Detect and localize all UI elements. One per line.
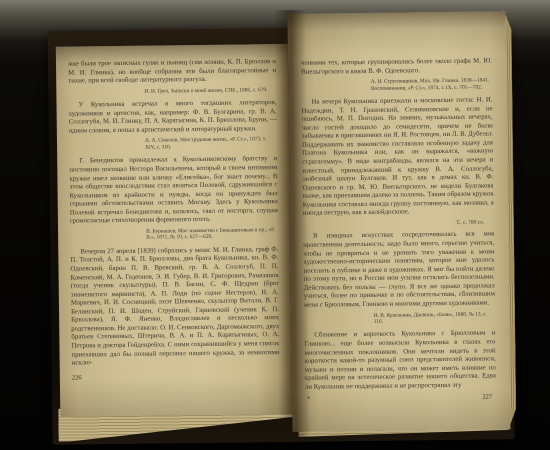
footnote-marker: *	[307, 396, 310, 403]
open-book: жке были трое записных гуляк и пьяниц (с…	[43, 1, 520, 449]
source-citation: А. А. Соколов, Моя трудовая жизнь, «Р. С…	[145, 137, 274, 152]
paragraph: Сближение и короткость Кукольника с Брюл…	[304, 330, 496, 392]
paragraph: Г. Бенедиктов принадлежал к Кукольниковс…	[69, 155, 278, 226]
paragraph: У Кукольника встречал я много тогдашних …	[68, 99, 276, 136]
source-citation: Н. И. Греч, Записки о моей жизни, СПБ., …	[144, 87, 273, 95]
page-number-left: 226	[72, 372, 280, 382]
page-number-right: 227	[482, 394, 492, 401]
page-footer: * 227	[305, 394, 496, 403]
source-citation: Н. В. Кукольник, Дневник, «Баян», 1888, …	[374, 311, 493, 325]
paragraph-continuation: жке были трое записных гуляк и пьяниц (с…	[68, 58, 276, 86]
source-citation: В. Бурнашев, Мое знакомство с Бенедиктов…	[146, 227, 275, 242]
paragraph: Вечером 27 апреля [1839] собрались у мен…	[70, 246, 279, 368]
source-citation: А. Н. Струговщиков, Мих. Ив. Глинка. 183…	[371, 78, 490, 92]
source-citation: Т., с. 700 сл.	[303, 220, 484, 229]
paragraph: На вечера Кукольника приезжали и московс…	[301, 97, 493, 219]
paragraph-continuation: чениями тех, которые группировались боле…	[301, 57, 492, 76]
right-page: чениями тех, которые группировались боле…	[287, 11, 510, 432]
left-page: жке были трое записных гуляк и пьяниц (с…	[56, 44, 293, 417]
photo-scene: жке были трое записных гуляк и пьяниц (с…	[0, 0, 550, 450]
paragraph: В изящных искусствах сосредоточивалась в…	[303, 231, 495, 310]
